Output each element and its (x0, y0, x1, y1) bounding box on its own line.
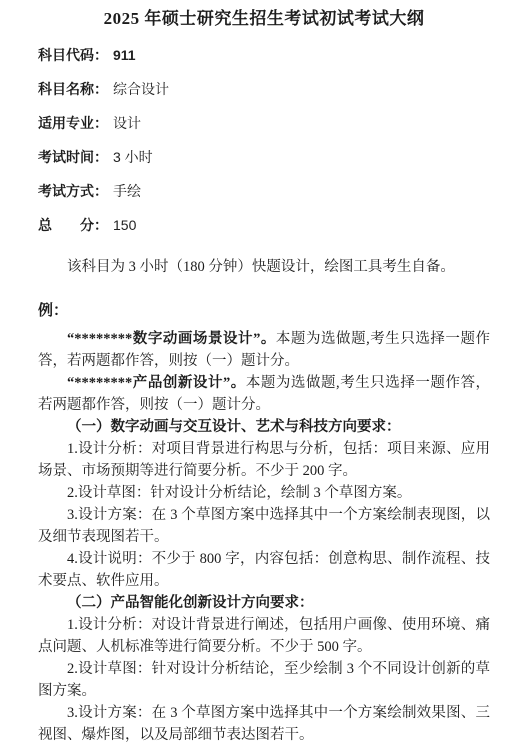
meta-row: 考试方式：手绘 (38, 174, 490, 208)
section-heading: （二）产品智能化创新设计方向要求： (38, 592, 490, 614)
example-item-title: “********产品创新设计”。 (67, 375, 246, 391)
meta-value: 150 (113, 217, 136, 233)
document-body: “********数字动画场景设计”。本题为选做题,考生只选择一题作答，若两题都… (38, 328, 490, 746)
meta-row: 适用专业：设计 (38, 106, 490, 140)
meta-label: 考试方式： (38, 181, 108, 201)
exam-syllabus-document: 2025 年硕士研究生招生考试初试考试大纲 科目代码：911科目名称：综合设计适… (0, 0, 526, 749)
requirement-item: 1.设计分析：对项目背景进行构思与分析，包括：项目来源、应用场景、市场预期等进行… (38, 438, 490, 482)
page-title: 2025 年硕士研究生招生考试初试考试大纲 (38, 6, 490, 32)
requirement-item: 2.设计草图：针对设计分析结论，绘制 3 个草图方案。 (38, 482, 490, 504)
example-item-title: “********数字动画场景设计”。 (67, 331, 276, 347)
intro-paragraph: 该科目为 3 小时（180 分钟）快题设计，绘图工具考生自备。 (38, 256, 490, 278)
example-item: “********产品创新设计”。本题为选做题,考生只选择一题作答，若两题都作答… (38, 372, 490, 416)
meta-row: 总 分：150 (38, 208, 490, 242)
requirement-item: 4.设计说明：不少于 800 字，内容包括：创意构思、制作流程、技术要点、软件应… (38, 548, 490, 592)
requirement-item: 3.设计方案：在 3 个草图方案中选择其中一个方案绘制效果图、三视图、爆炸图，以… (38, 702, 490, 746)
meta-row: 考试时间：3 小时 (38, 140, 490, 174)
meta-value: 设计 (113, 113, 141, 133)
meta-label: 科目名称： (38, 79, 108, 99)
example-label: 例： (38, 300, 490, 322)
meta-value: 综合设计 (113, 79, 169, 99)
meta-label: 考试时间： (38, 147, 108, 167)
meta-value: 3 小时 (113, 147, 153, 167)
example-item: “********数字动画场景设计”。本题为选做题,考生只选择一题作答，若两题都… (38, 328, 490, 372)
meta-value: 911 (113, 47, 136, 63)
requirement-item: 1.设计分析：对设计背景进行阐述，包括用户画像、使用环境、痛点问题、人机标准等进… (38, 614, 490, 658)
requirement-item: 3.设计方案：在 3 个草图方案中选择其中一个方案绘制表现图，以及细节表现图若干… (38, 504, 490, 548)
meta-row: 科目名称：综合设计 (38, 72, 490, 106)
meta-row: 科目代码：911 (38, 38, 490, 72)
meta-label: 适用专业： (38, 113, 108, 133)
meta-label: 科目代码： (38, 45, 108, 65)
meta-value: 手绘 (113, 181, 141, 201)
section-heading: （一）数字动画与交互设计、艺术与科技方向要求： (38, 416, 490, 438)
meta-list: 科目代码：911科目名称：综合设计适用专业：设计考试时间：3 小时考试方式：手绘… (38, 38, 490, 242)
meta-label: 总 分： (38, 215, 108, 235)
requirement-item: 2.设计草图：针对设计分析结论，至少绘制 3 个不同设计创新的草图方案。 (38, 658, 490, 702)
